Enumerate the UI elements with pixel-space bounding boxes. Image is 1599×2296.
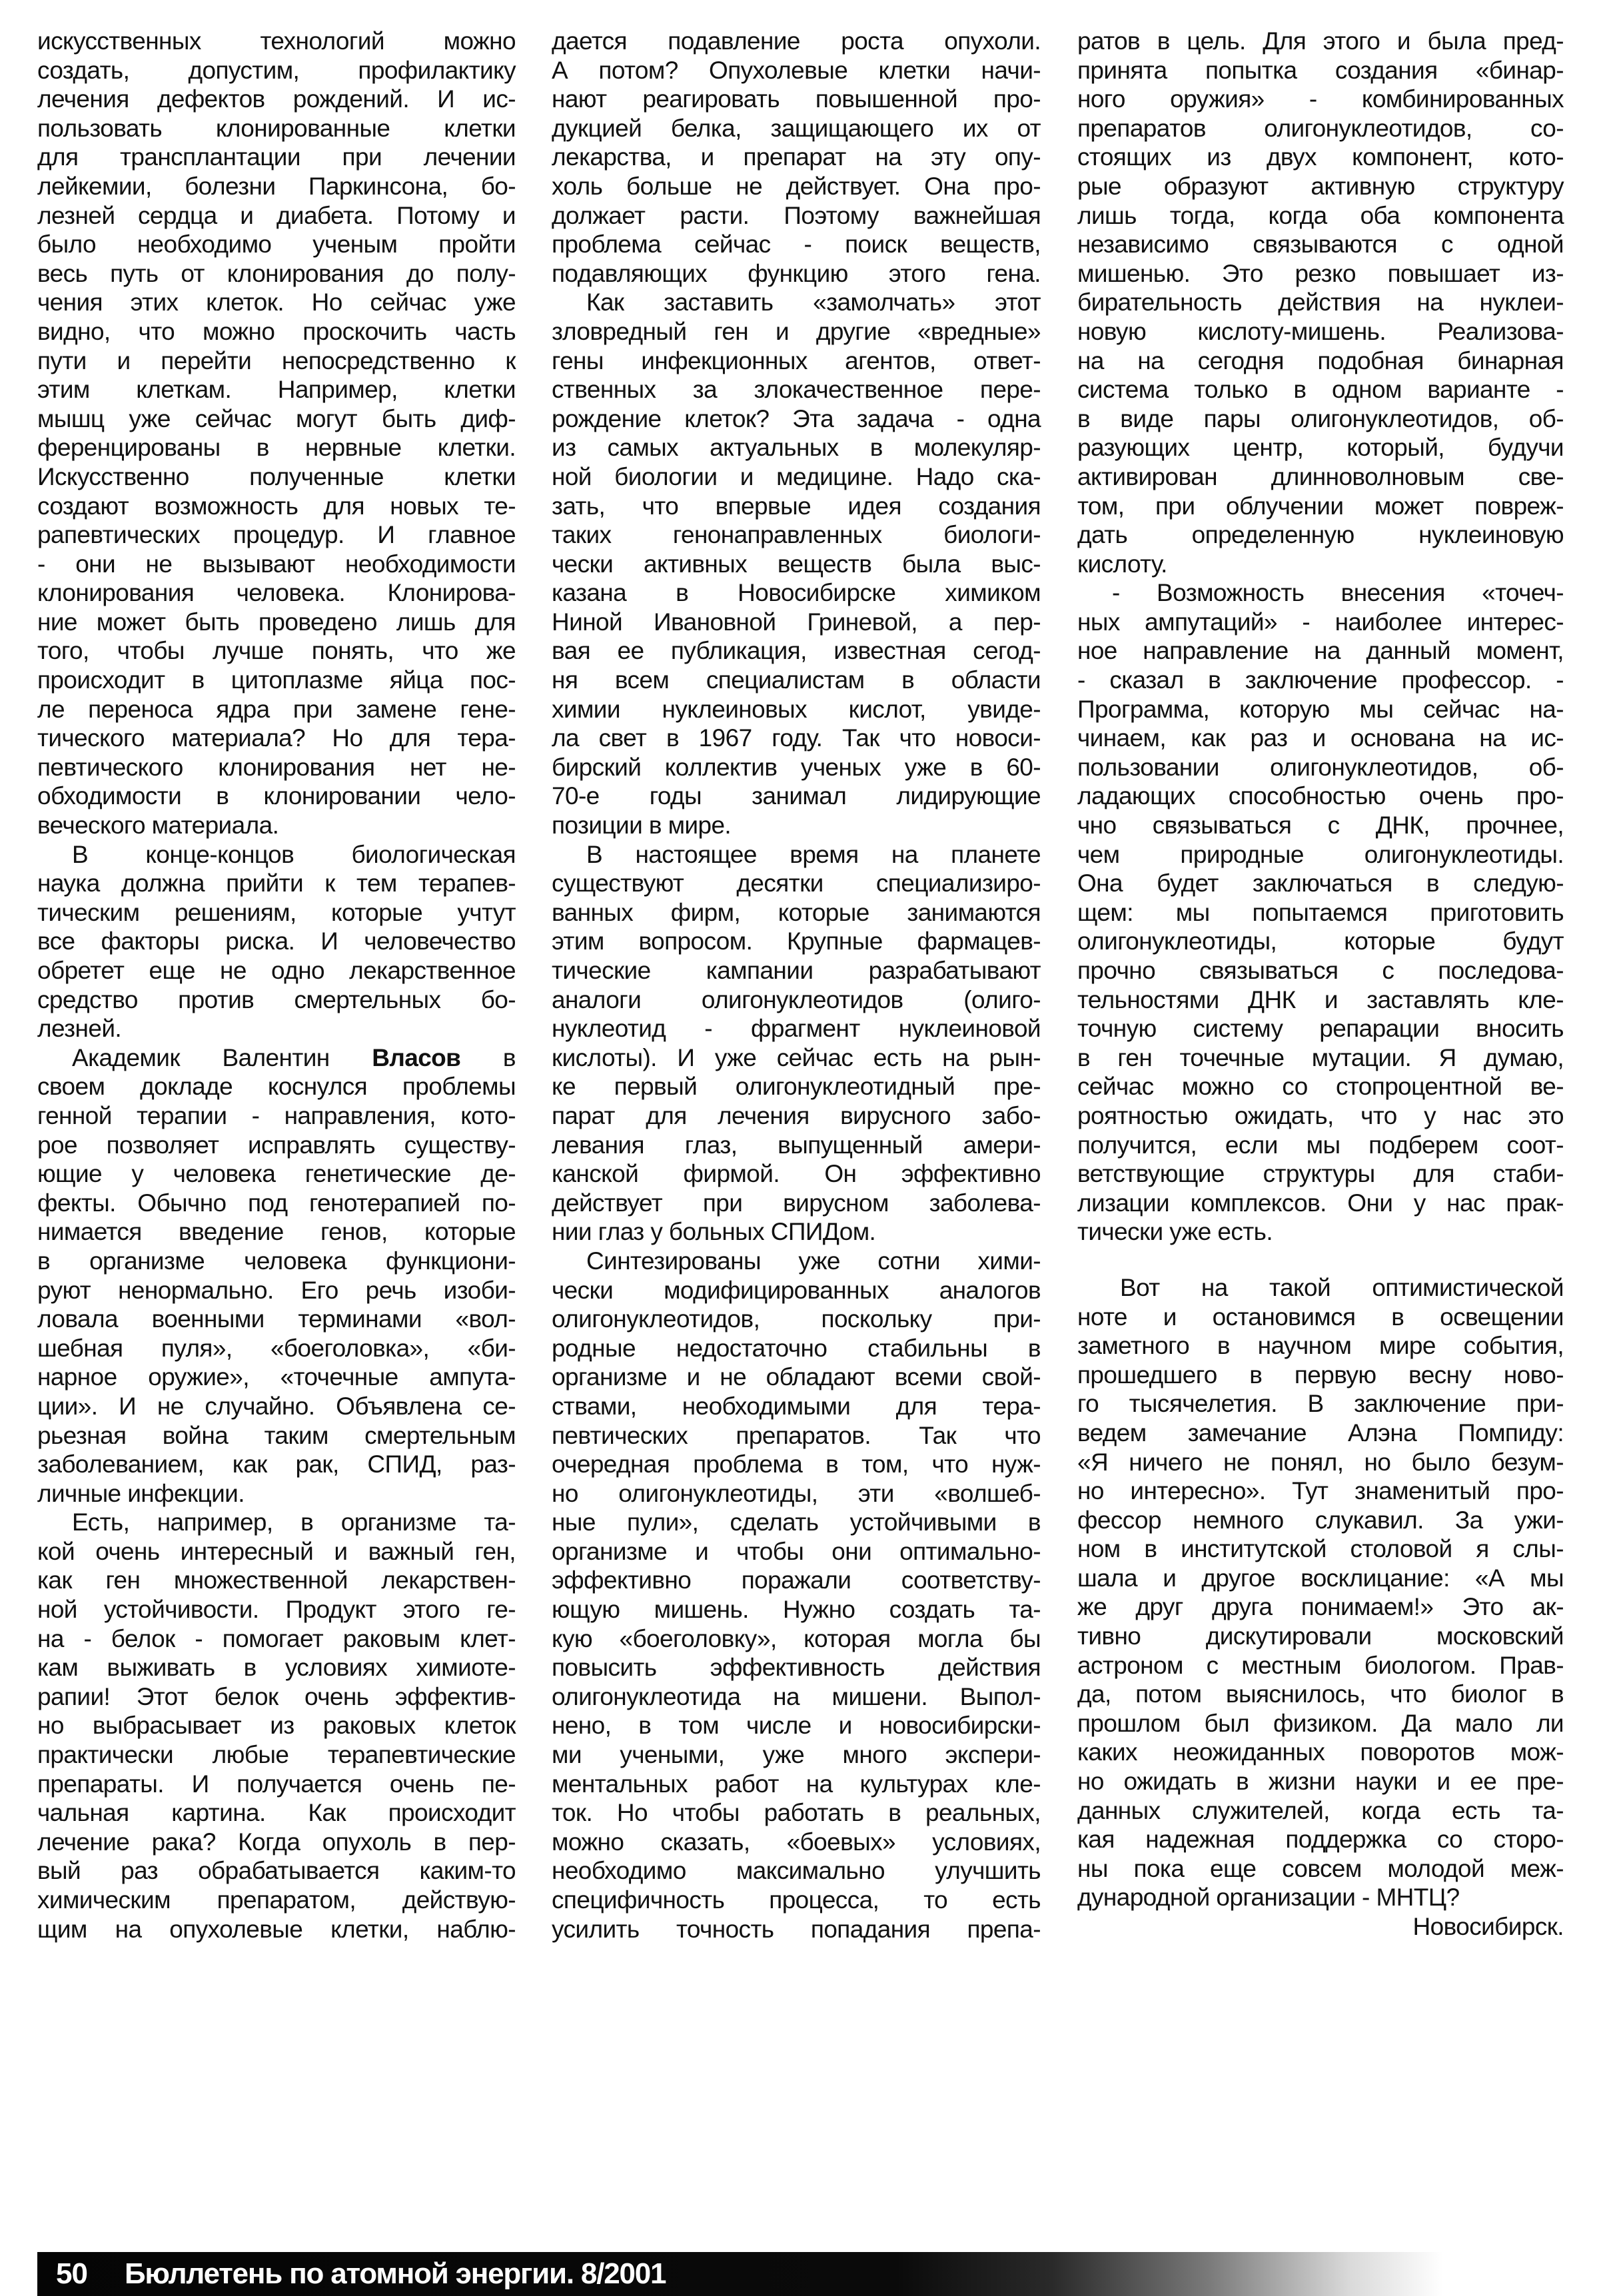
text-line: парат для лечения вирусного забо-: [552, 1101, 1041, 1131]
text-line: из самых актуальных в молекуляр-: [552, 433, 1041, 462]
text-line: но ожидать в жизни науки и ее пре-: [1077, 1767, 1564, 1796]
text-line: проблема сейчас - поиск веществ,: [552, 230, 1041, 259]
text-line: рые образуют активную структуру: [1077, 172, 1564, 201]
text-line: фекты. Обычно под генотерапией по-: [37, 1189, 516, 1218]
text-line: тельностями ДНК и заставлять кле-: [1077, 985, 1564, 1015]
text-line: создают возможность для новых те-: [37, 492, 516, 521]
text-line: дается подавление роста опухоли.: [552, 27, 1041, 56]
text-line: необходимо максимально улучшить: [552, 1856, 1041, 1886]
text-line: Ниной Ивановной Гриневой, а пер-: [552, 608, 1041, 637]
author-name-bold: Власов: [372, 1044, 460, 1071]
text-line: Вот на такой оптимистической: [1077, 1273, 1564, 1303]
text-line: лечение рака? Когда опухоль в пер-: [37, 1828, 516, 1857]
text-line: лезней сердца и диабета. Потому и: [37, 201, 516, 231]
text-line: Искусственно полученные клетки: [37, 462, 516, 492]
text-line: ственных за злокачественное пере-: [552, 375, 1041, 404]
text-line: весь путь от клонирования до полу-: [37, 259, 516, 288]
text-line: сейчас можно со стопроцентной ве-: [1077, 1072, 1564, 1101]
text-line: активирован длинноволновым све-: [1077, 462, 1564, 492]
text-line: 70-е годы занимал лидирующие: [552, 782, 1041, 811]
text-line: своем докладе коснулся проблемы: [37, 1072, 516, 1101]
dateline: Новосибирск.: [1077, 1912, 1564, 1942]
text-line: личные инфекции.: [37, 1479, 516, 1508]
text-line: разующих центр, который, будучи: [1077, 433, 1564, 462]
text-line: повысить эффективность действия: [552, 1653, 1041, 1682]
text-line: аналоги олигонуклеотидов (олиго-: [552, 985, 1041, 1015]
text-line: нают реагировать повышенной про-: [552, 85, 1041, 114]
text-line: ветствующие структуры для стаби-: [1077, 1159, 1564, 1189]
text-line: олигонуклеотида на мишени. Выпол-: [552, 1682, 1041, 1712]
text-line: пути и перейти непосредственно к: [37, 346, 516, 376]
text-line: фессор немного слукавил. За ужи-: [1077, 1506, 1564, 1535]
text-line: искусственных технологий можно: [37, 27, 516, 56]
text-line: бирательность действия на нуклеи-: [1077, 288, 1564, 317]
text-line: Академик Валентин Власов в: [37, 1043, 516, 1073]
text-line: подавляющих функцию этого гена.: [552, 259, 1041, 288]
text-line: ных ампутаций» - наиболее интерес-: [1077, 608, 1564, 637]
text-line: кислоты). И уже сейчас есть на рын-: [552, 1043, 1041, 1073]
text-line: организме и не обладают всеми свой-: [552, 1363, 1041, 1392]
text-line: лишь тогда, когда оба компонента: [1077, 201, 1564, 231]
text-line: ции». И не случайно. Объявлена се-: [37, 1392, 516, 1421]
text-line: певтического клонирования нет не-: [37, 753, 516, 782]
text-line: новую кислоту-мишень. Реализова-: [1077, 317, 1564, 346]
text-line: ствами, необходимыми для тера-: [552, 1392, 1041, 1421]
text-line: химии нуклеиновых кислот, увиде-: [552, 695, 1041, 724]
text-line: организме и чтобы они оптимально-: [552, 1537, 1041, 1566]
text-line: ле переноса ядра при замене гене-: [37, 695, 516, 724]
text-line: том, при облучении может повреж-: [1077, 492, 1564, 521]
text-line: нарное оружие», «точечные ампута-: [37, 1363, 516, 1392]
text-line: лекарства, и препарат на эту опу-: [552, 143, 1041, 172]
article-column-left: искусственных технологий можносоздать, д…: [37, 27, 516, 1944]
text-line: кая надежная поддержка со сторо-: [1077, 1825, 1564, 1854]
text-line: создать, допустим, профилактику: [37, 56, 516, 85]
text-line: го тысячелетия. В заключение при-: [1077, 1389, 1564, 1419]
text-line: ной биологии и медицине. Надо ска-: [552, 462, 1041, 492]
text-line: ном в институтской столовой я слы-: [1077, 1534, 1564, 1564]
text-line: препараты. И получается очень пе-: [37, 1770, 516, 1799]
text-line: усилить точность попадания препа-: [552, 1915, 1041, 1944]
text-line: левания глаз, выпущенный амери-: [552, 1131, 1041, 1160]
text-line: рапии! Этот белок очень эффектив-: [37, 1682, 516, 1712]
text-line: лизации комплексов. Они у нас прак-: [1077, 1189, 1564, 1218]
text-line: тического материала? Но для тера-: [37, 724, 516, 753]
text-line: препаратов олигонуклеотидов, со-: [1077, 114, 1564, 143]
paragraph-gap: [1077, 1247, 1564, 1273]
article-column-right: ратов в цель. Для этого и была пред-прин…: [1077, 27, 1564, 1942]
text-line: ладающих способностью очень про-: [1077, 782, 1564, 811]
text-line: да, потом выяснилось, что биолог в: [1077, 1680, 1564, 1709]
text-line: Программа, которую мы сейчас на-: [1077, 695, 1564, 724]
text-line: холь больше не действует. Она про-: [552, 172, 1041, 201]
text-line: можно сказать, «боевых» условиях,: [552, 1828, 1041, 1857]
text-line: точную систему репарации вносить: [1077, 1014, 1564, 1043]
text-line: веческого материала.: [37, 811, 516, 840]
text-line: ла свет в 1967 году. Так что новоси-: [552, 724, 1041, 753]
text-line: Есть, например, в организме та-: [37, 1508, 516, 1537]
text-line: на - белок - помогает раковым клет-: [37, 1624, 516, 1654]
text-line: астроном с местным биологом. Прав-: [1077, 1651, 1564, 1680]
text-line: нимается введение генов, которые: [37, 1217, 516, 1247]
text-line: ное направление на данный момент,: [1077, 636, 1564, 666]
text-line: на на сегодня подобная бинарная: [1077, 346, 1564, 376]
text-line: ментальных работ на культурах кле-: [552, 1770, 1041, 1799]
text-line: шебная пуля», «боеголовка», «би-: [37, 1334, 516, 1363]
text-line: все факторы риска. И человечество: [37, 927, 516, 956]
text-line: специфичность процесса, то есть: [552, 1886, 1041, 1915]
text-line: получится, если мы подберем соот-: [1077, 1131, 1564, 1160]
text-line: в организме человека функциони-: [37, 1247, 516, 1276]
text-line: видно, что можно проскочить часть: [37, 317, 516, 346]
text-line: независимо связываются с одной: [1077, 230, 1564, 259]
text-line: рое позволяет исправлять существу-: [37, 1131, 516, 1160]
text-line: певтических препаратов. Так что: [552, 1421, 1041, 1450]
text-line: вый раз обрабатывается каким-то: [37, 1856, 516, 1886]
text-line: чески модифицированных аналогов: [552, 1276, 1041, 1305]
page-number: 50: [56, 2257, 87, 2291]
text-line: было необходимо ученым пройти: [37, 230, 516, 259]
text-line: ной устойчивости. Продукт этого ге-: [37, 1595, 516, 1624]
text-line: рождение клеток? Эта задача - одна: [552, 404, 1041, 434]
text-line: Как заставить «замолчать» этот: [552, 288, 1041, 317]
text-line: же друг друга понимаем!» Это ак-: [1077, 1592, 1564, 1622]
text-line: лечения дефектов рождений. И ис-: [37, 85, 516, 114]
text-line: ющие у человека генетические де-: [37, 1159, 516, 1189]
text-line: ние может быть проведено лишь для: [37, 608, 516, 637]
text-line: данных служителей, когда есть та-: [1077, 1796, 1564, 1826]
text-line: стоящих из двух компонент, кото-: [1077, 143, 1564, 172]
text-line: ференцированы в нервные клетки.: [37, 433, 516, 462]
text-line: олигонуклеотиды, которые будут: [1077, 927, 1564, 956]
text-line: бирский коллектив ученых уже в 60-: [552, 753, 1041, 782]
text-line: позиции в мире.: [552, 811, 1041, 840]
text-line: мишенью. Это резко повышает из-: [1077, 259, 1564, 288]
page-footer-band: 50 Бюллетень по атомной энергии. 8/2001: [37, 2252, 1599, 2296]
text-line: гены инфекционных агентов, ответ-: [552, 346, 1041, 376]
text-line: В конце-концов биологическая: [37, 840, 516, 869]
text-line: ные пули», сделать устойчивыми в: [552, 1508, 1041, 1537]
text-line: вая ее публикация, известная сегод-: [552, 636, 1041, 666]
text-line: нии глаз у больных СПИДом.: [552, 1217, 1041, 1247]
text-line: - Возможность внесения «точеч-: [1077, 578, 1564, 608]
text-line: - они не вызывают необходимости: [37, 550, 516, 579]
text-line: генной терапии - направления, кото-: [37, 1101, 516, 1131]
text-line: кам выживать в условиях химиоте-: [37, 1653, 516, 1682]
text-line: кую «боеголовку», которая могла бы: [552, 1624, 1041, 1654]
text-line: для трансплантации при лечении: [37, 143, 516, 172]
text-line: того, чтобы лучше понять, что же: [37, 636, 516, 666]
text-line: щем: мы попытаемся приготовить: [1077, 898, 1564, 927]
text-line: родные недостаточно стабильны в: [552, 1334, 1041, 1363]
text-line: пользовании олигонуклеотидов, об-: [1077, 753, 1564, 782]
text-line: каких неожиданных поворотов мож-: [1077, 1738, 1564, 1767]
text-line: зать, что впервые идея создания: [552, 492, 1041, 521]
text-line: средство против смертельных бо-: [37, 985, 516, 1015]
text-line: тивно дискутировали московский: [1077, 1622, 1564, 1651]
text-line: ня всем специалистам в области: [552, 666, 1041, 695]
text-line: химическим препаратом, действую-: [37, 1886, 516, 1915]
text-line: тические кампании разрабатывают: [552, 956, 1041, 985]
text-line: ми учеными, уже много экспери-: [552, 1740, 1041, 1770]
text-line: пользовать клонированные клетки: [37, 114, 516, 143]
text-line: существуют десятки специализиро-: [552, 869, 1041, 898]
text-line: - сказал в заключение профессор. -: [1077, 666, 1564, 695]
text-line: канской фирмой. Он эффективно: [552, 1159, 1041, 1189]
text-line: Она будет заключаться в следую-: [1077, 869, 1564, 898]
text-line: эффективно поражали соответству-: [552, 1566, 1041, 1595]
article-column-middle: дается подавление роста опухоли.А потом?…: [552, 27, 1041, 1944]
text-line: прошлом был физиком. Да мало ли: [1077, 1709, 1564, 1738]
text-line: действует при вирусном заболева-: [552, 1189, 1041, 1218]
text-line: ток. Но чтобы работать в реальных,: [552, 1798, 1041, 1828]
text-line: ного оружия» - комбинированных: [1077, 85, 1564, 114]
text-line: принята попытка создания «бинар-: [1077, 56, 1564, 85]
text-line: но олигонуклеотиды, эти «волшеб-: [552, 1479, 1041, 1508]
text-line: практически любые терапевтические: [37, 1740, 516, 1770]
text-line: наука должна прийти к тем терапев-: [37, 869, 516, 898]
text-line: зловредный ген и другие «вредные»: [552, 317, 1041, 346]
text-line: дать определенную нуклеиновую: [1077, 520, 1564, 550]
text-line: но выбрасывает из раковых клеток: [37, 1711, 516, 1740]
text-line: этим клеткам. Например, клетки: [37, 375, 516, 404]
text-line: нуклеотид - фрагмент нуклеиновой: [552, 1014, 1041, 1043]
text-line: А потом? Опухолевые клетки начи-: [552, 56, 1041, 85]
text-line: обретет еще не одно лекарственное: [37, 956, 516, 985]
text-line: ловала военными терминами «вол-: [37, 1305, 516, 1334]
text-line: чинаем, как раз и основана на ис-: [1077, 724, 1564, 753]
text-line: кислоту.: [1077, 550, 1564, 579]
text-line: ке первый олигонуклеотидный пре-: [552, 1072, 1041, 1101]
text-line: клонирования человека. Клонирова-: [37, 578, 516, 608]
text-line: тическим решениям, которые учтут: [37, 898, 516, 927]
text-line: система только в одном варианте -: [1077, 375, 1564, 404]
text-line: но интересно». Тут знаменитый про-: [1077, 1476, 1564, 1506]
text-line: ны пока еще совсем молодой меж-: [1077, 1854, 1564, 1884]
text-line: прочно связываться с последова-: [1077, 956, 1564, 985]
text-line: ратов в цель. Для этого и была пред-: [1077, 27, 1564, 56]
text-line: щим на опухолевые клетки, наблю-: [37, 1915, 516, 1944]
text-line: чески активных веществ была выс-: [552, 550, 1041, 579]
text-line: в ген точечные мутации. Я думаю,: [1077, 1043, 1564, 1073]
text-line: заметного в научном мире события,: [1077, 1331, 1564, 1361]
text-line: мышц уже сейчас могут быть диф-: [37, 404, 516, 434]
text-line: как ген множественной лекарствен-: [37, 1566, 516, 1595]
text-line: ющую мишень. Нужно создать та-: [552, 1595, 1041, 1624]
text-line: казана в Новосибирске химиком: [552, 578, 1041, 608]
publication-title: Бюллетень по атомной энергии. 8/2001: [125, 2257, 666, 2291]
text-line: чения этих клеток. Но сейчас уже: [37, 288, 516, 317]
text-line: очередная проблема в том, что нуж-: [552, 1450, 1041, 1479]
text-line: В настоящее время на планете: [552, 840, 1041, 869]
text-line: чно связываться с ДНК, прочнее,: [1077, 811, 1564, 840]
text-line: ноте и остановимся в освещении: [1077, 1303, 1564, 1332]
text-line: руют ненормально. Его речь изоби-: [37, 1276, 516, 1305]
text-line: происходит в цитоплазме яйца пос-: [37, 666, 516, 695]
text-line: ведем замечание Алэна Помпиду:: [1077, 1419, 1564, 1448]
text-line: кой очень интересный и важный ген,: [37, 1537, 516, 1566]
text-line: дународной организации - МНТЦ?: [1077, 1883, 1564, 1912]
text-line: ванных фирм, которые занимаются: [552, 898, 1041, 927]
text-line: лейкемии, болезни Паркинсона, бо-: [37, 172, 516, 201]
text-line: таких генонаправленных биологи-: [552, 520, 1041, 550]
text-line: рапевтических процедур. И главное: [37, 520, 516, 550]
text-line: этим вопросом. Крупные фармацев-: [552, 927, 1041, 956]
text-line: дукцией белка, защищающего их от: [552, 114, 1041, 143]
magazine-page: искусственных технологий можносоздать, д…: [0, 0, 1599, 2296]
text-line: Синтезированы уже сотни хими-: [552, 1247, 1041, 1276]
text-line: олигонуклеотидов, поскольку при-: [552, 1305, 1041, 1334]
text-line: чем природные олигонуклеотиды.: [1077, 840, 1564, 869]
text-line: шала и другое восклицание: «А мы: [1077, 1564, 1564, 1593]
text-line: чальная картина. Как происходит: [37, 1798, 516, 1828]
text-line: рьезная война таким смертельным: [37, 1421, 516, 1450]
text-line: лезней.: [37, 1014, 516, 1043]
text-line: нено, в том числе и новосибирски-: [552, 1711, 1041, 1740]
text-line: должает расти. Поэтому важнейшая: [552, 201, 1041, 231]
text-line: тически уже есть.: [1077, 1217, 1564, 1247]
text-line: роятностью ожидать, что у нас это: [1077, 1101, 1564, 1131]
text-line: заболеванием, как рак, СПИД, раз-: [37, 1450, 516, 1479]
text-line: в виде пары олигонуклеотидов, об-: [1077, 404, 1564, 434]
text-line: «Я ничего не понял, но было безум-: [1077, 1448, 1564, 1477]
text-line: прошедшего в первую весну ново-: [1077, 1361, 1564, 1390]
text-line: обходимости в клонировании чело-: [37, 782, 516, 811]
